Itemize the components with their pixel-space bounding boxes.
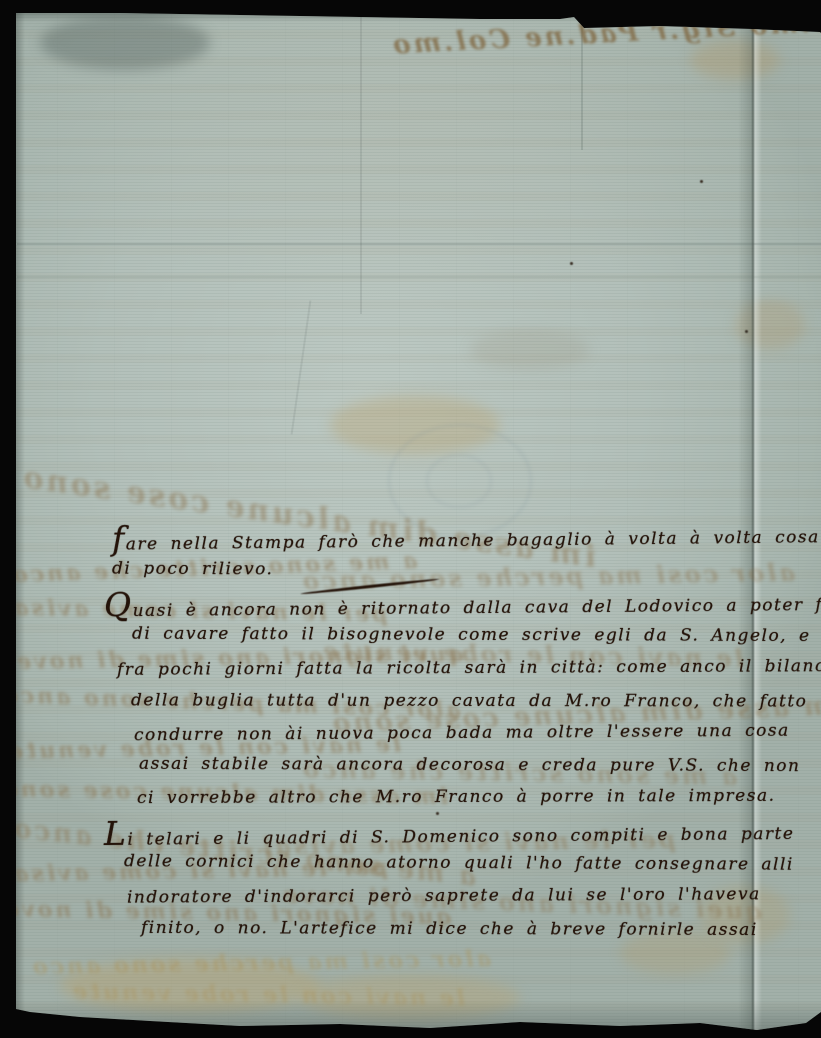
manuscript-line: assai stabile sarà ancora decorosa e cre…: [139, 753, 801, 777]
manuscript-line: Quasi è ancora non è ritornato dalla cav…: [104, 588, 821, 623]
manuscript-line: indoratore d'indorarci però saprete da l…: [127, 883, 761, 908]
manuscript-line: di cavare fatto il bisognevole come scri…: [132, 623, 821, 648]
manuscript-line: delle cornici che hanno atorno quali l'h…: [124, 850, 794, 876]
letter-page: Ecc.mo Sig.r Pad.ne Col.mo im asse dim a…: [0, 0, 821, 1038]
diagonal-crease: [291, 301, 312, 435]
manuscript-line: ci vorrebbe altro che M.ro Franco à porr…: [137, 785, 776, 809]
ink-speck: [745, 330, 748, 333]
edge-shadow-top: [16, 12, 821, 22]
manuscript-line: fare nella Stampa farò che manche bagagl…: [112, 520, 820, 555]
manuscript-line: della buglia tutta d'un pezzo cavata da …: [131, 689, 807, 712]
ink-speck: [570, 262, 573, 265]
bleedthrough-ink: alor cosi ma perche sono anco: [30, 946, 491, 980]
ink-speck: [436, 812, 439, 815]
paper-stain: [735, 300, 805, 350]
horizontal-crease: [17, 243, 821, 245]
vertical-crease: [360, 14, 362, 314]
bleedthrough-docket: Ecc.mo Sig.r Pad.ne Col.mo: [390, 5, 821, 60]
manuscript-line: di poco rilievo.: [112, 558, 274, 581]
manuscript-line: condurre non ài nuova poca bada ma oltre…: [134, 720, 790, 747]
manuscript-line: Li telari e li quadri di S. Domenico son…: [104, 817, 795, 851]
watermark-inner-circle: [426, 454, 492, 508]
manuscript-line: fra pochi giorni fatta la ricolta sarà i…: [117, 655, 821, 681]
ink-speck: [700, 180, 703, 183]
paper-stain: [40, 15, 210, 70]
paper-stain: [470, 330, 590, 370]
horizontal-crease: [17, 276, 821, 278]
scanner-bed: Ecc.mo Sig.r Pad.ne Col.mo im asse dim a…: [0, 0, 821, 1038]
manuscript-line: finito, o no. L'artefice mi dice che à b…: [141, 917, 758, 941]
paper-stain: [690, 40, 780, 80]
bleedthrough-ink: le navi con le robe venute: [70, 979, 465, 1012]
